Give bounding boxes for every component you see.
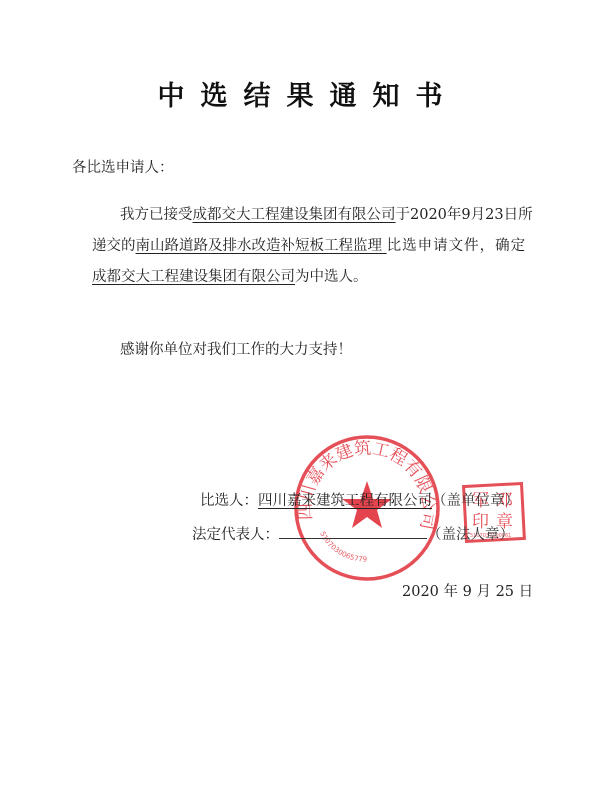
body-line-1: 我方已接受成都交大工程建设集团有限公司于2020年9月23日所 [120,203,533,224]
thanks-text: 感谢你单位对我们工作的大力支持！ [120,338,352,359]
selector-label: 比选人： [200,493,258,509]
body-line1-suffix: 于2020年9月23日所 [396,207,533,223]
representative-note: （盖法人章） [427,527,514,543]
body-line2-suffix: 比选申请文件，确定 [387,238,527,254]
document-title: 中选结果通知书 [0,74,600,113]
signature-blank [279,526,427,539]
salutation: 各比选申请人： [72,156,174,177]
body-line2-prefix: 递交的 [92,238,136,254]
body-line-3: 成都交大工程建设集团有限公司为中选人。 [92,265,368,286]
issue-date: 2020 年 9 月 25 日 [402,580,533,601]
selector-line: 比选人：四川嘉来建筑工程有限公司（盖单位章） [200,489,519,510]
selector-name: 四川嘉来建筑工程有限公司 [258,493,432,509]
selector-note: （盖单位章） [432,493,519,509]
winner-company: 成都交大工程建设集团有限公司 [92,269,295,285]
representative-line: 法定代表人：（盖法人章） [192,523,514,544]
body-line1-prefix: 我方已接受 [120,207,193,223]
project-name: 南山路道路及排水改造补短板工程监理 [136,238,387,254]
representative-label: 法定代表人： [192,527,279,543]
body-line3-suffix: 为中选人。 [295,269,368,285]
body-line-2: 递交的南山路道路及排水改造补短板工程监理 比选申请文件，确定 [92,234,526,255]
applicant-company: 成都交大工程建设集团有限公司 [193,207,396,223]
